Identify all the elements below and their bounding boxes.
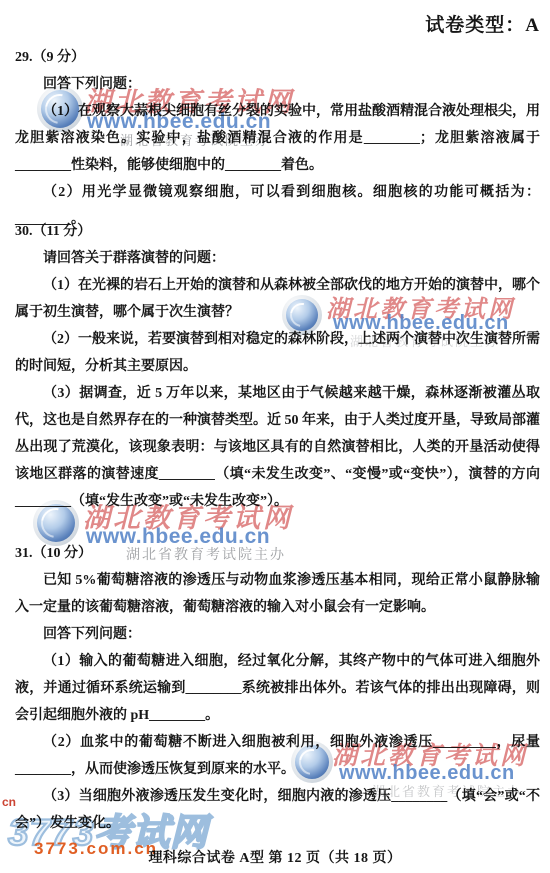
watermark-3773-cn-fragment: cn	[2, 795, 16, 809]
question-30: 30.（11 分） 请回答关于群落演替的问题： （1）在光裸的岩石上开始的演替和…	[15, 218, 540, 515]
question-31-paragraph: 已知 5%葡萄糖溶液的渗透压与动物血浆渗透压基本相同，现给正常小鼠静脉输入一定量…	[15, 567, 540, 621]
question-31: 31.（10 分） 已知 5%葡萄糖溶液的渗透压与动物血浆渗透压基本相同，现给正…	[15, 540, 540, 837]
question-29-number: 29.（9 分）	[15, 44, 540, 71]
question-31-paragraph: （3）当细胞外液渗透压发生变化时，细胞内液的渗透压________（填“会”或“…	[15, 783, 540, 837]
question-31-paragraph: 回答下列问题：	[15, 621, 540, 648]
question-29-paragraph: 回答下列问题：	[15, 71, 540, 98]
question-31-paragraph: （1）输入的葡萄糖进入细胞，经过氧化分解，其终产物中的气体可进入细胞外液，并通过…	[15, 648, 540, 729]
exam-page: 试卷类型：A 29.（9 分） 回答下列问题： （1）在观察大蒜根尖细胞有丝分裂…	[0, 0, 550, 873]
page-footer: 理科综合试卷 A型 第 12 页（共 18 页）	[0, 847, 550, 867]
question-30-paragraph: （2）一般来说，若要演替到相对稳定的森林阶段，上述两个演替中次生演替所需的时间短…	[15, 326, 540, 380]
question-29: 29.（9 分） 回答下列问题： （1）在观察大蒜根尖细胞有丝分裂的实验中，常用…	[15, 44, 540, 233]
question-29-paragraph: （1）在观察大蒜根尖细胞有丝分裂的实验中，常用盐酸酒精混合液处理根尖，用龙胆紫溶…	[15, 98, 540, 179]
question-31-number: 31.（10 分）	[15, 540, 540, 567]
paper-type-label: 试卷类型：A	[0, 10, 540, 37]
question-30-paragraph: （3）据调查，近 5 万年以来，某地区由于气候越来越干燥，森林逐渐被灌丛取代，这…	[15, 380, 540, 515]
question-30-paragraph: （1）在光裸的岩石上开始的演替和从森林被全部砍伐的地方开始的演替中，哪个属于初生…	[15, 272, 540, 326]
question-30-paragraph: 请回答关于群落演替的问题：	[15, 245, 540, 272]
question-30-number: 30.（11 分）	[15, 218, 540, 245]
question-31-paragraph: （2）血浆中的葡萄糖不断进入细胞被利用，细胞外液渗透压_________，尿量_…	[15, 729, 540, 783]
